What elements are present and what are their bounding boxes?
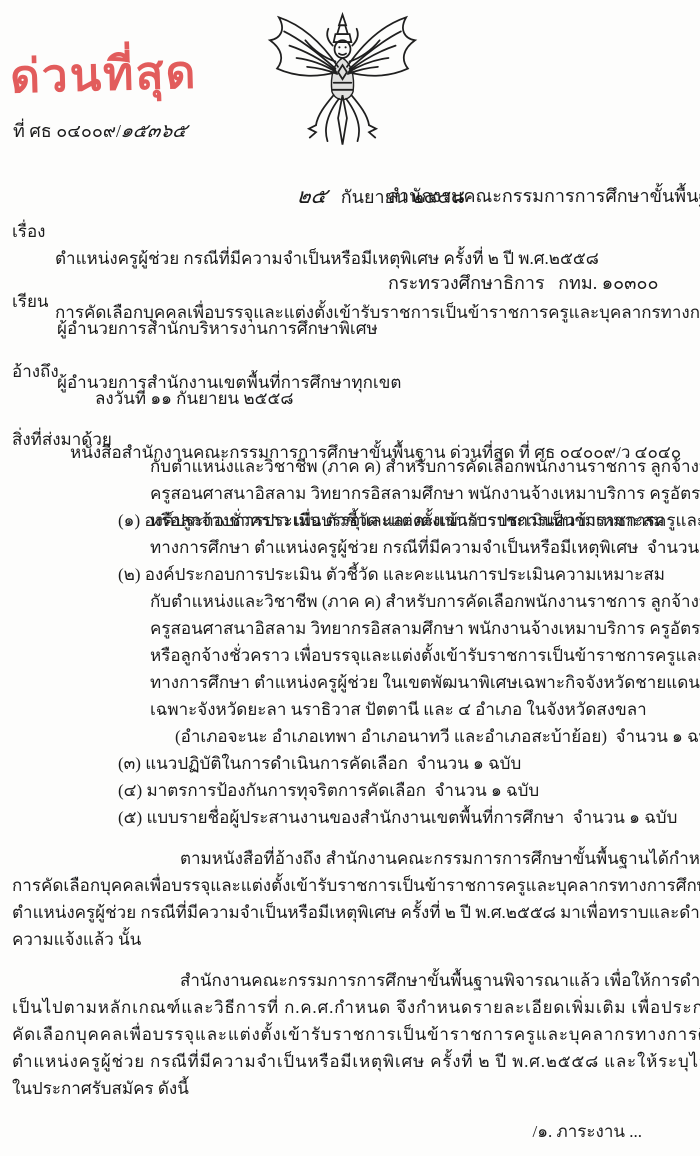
ref-number-handwritten: ๑๕๓๖๕	[118, 116, 189, 146]
date-month-year: กันยายน ๒๕๕๘	[341, 187, 465, 207]
enclosure-item1-line-1: (๑) องค์ประกอบการประเมิน ตัวชี้วัด และคะ…	[12, 507, 692, 534]
paragraph1-line-1: ตามหนังสือที่อ้างถึง สำนักงานคณะกรรมการก…	[12, 845, 692, 872]
document-ref-number: ที่ ศธ ๐๔๐๐๙/๑๕๓๖๕	[13, 116, 187, 146]
enclosure-label: สิ่งที่ส่งมาด้วย	[12, 426, 112, 453]
to-label: เรียน	[12, 288, 49, 315]
paragraph2-line-3: คัดเลือกบุคคลเพื่อบรรจุและแต่งตั้งเข้ารั…	[12, 1021, 692, 1048]
enclosure-item2-line-4: หรือลูกจ้างชั่วคราว เพื่อบรรจุและแต่งตั้…	[12, 642, 692, 669]
letter-body: เรื่อง การคัดเลือกบุคคลเพื่อบรรจุและแต่ง…	[12, 218, 692, 1102]
enclosure-item2-line-6: เฉพาะจังหวัดยะลา นราธิวาส ปัตตานี และ ๔ …	[12, 696, 692, 723]
paragraph2-line-4: ตำแหน่งครูผู้ช่วย กรณีที่มีความจำเป็นหรื…	[12, 1048, 692, 1075]
paragraph2-line-1: สำนักงานคณะกรรมการการศึกษาขั้นพื้นฐานพิจ…	[12, 967, 692, 994]
date-day-handwritten: ๒๕	[294, 180, 330, 213]
enclosure-item4: (๔) มาตรการป้องกันการทุจริตการคัดเลือก จ…	[12, 777, 692, 804]
urgent-stamp: ด่วนที่สุด	[9, 36, 198, 114]
document-date: ๒๕กันยายน ๒๕๕๘	[297, 180, 465, 213]
page-continuation-note: /๑. ภาระงาน ...	[533, 1118, 643, 1145]
paragraph1-line-3: ตำแหน่งครูผู้ช่วย กรณีที่มีความจำเป็นหรื…	[12, 899, 692, 926]
reference-label: อ้างถึง	[12, 358, 59, 385]
enclosure-item2-line-2: กับตำแหน่งและวิชาชีพ (ภาค ค) สำหรับการคั…	[12, 588, 692, 615]
enclosure-item2-line-7: (อำเภอจะนะ อำเภอเทพา อำเภอนาทวี และอำเภอ…	[12, 723, 692, 750]
enclosure-item2-line-5: ทางการศึกษา ตำแหน่งครูผู้ช่วย ในเขตพัฒนา…	[12, 669, 692, 696]
enclosure-item3: (๓) แนวปฏิบัติในการดำเนินการคัดเลือก จำน…	[12, 750, 692, 777]
subject-label: เรื่อง	[12, 218, 45, 245]
paragraph2-line-2: เป็นไปตามหลักเกณฑ์และวิธีการที่ ก.ค.ศ.กำ…	[12, 994, 692, 1021]
paragraph2-line-5: ในประกาศรับสมัคร ดังนี้	[12, 1075, 692, 1102]
paragraph1-line-2: การคัดเลือกบุคคลเพื่อบรรจุและแต่งตั้งเข้…	[12, 872, 692, 899]
paragraph1-line-4: ความแจ้งแล้ว นั้น	[12, 926, 692, 953]
enclosure-item5: (๕) แบบรายชื่อผู้ประสานงานของสำนักงานเขต…	[12, 804, 692, 831]
enclosure-item2-line-3: ครูสอนศาสนาอิสลาม วิทยากรอิสลามศึกษา พนั…	[12, 615, 692, 642]
ref-number-printed: ที่ ศธ ๐๔๐๐๙/	[13, 121, 121, 141]
